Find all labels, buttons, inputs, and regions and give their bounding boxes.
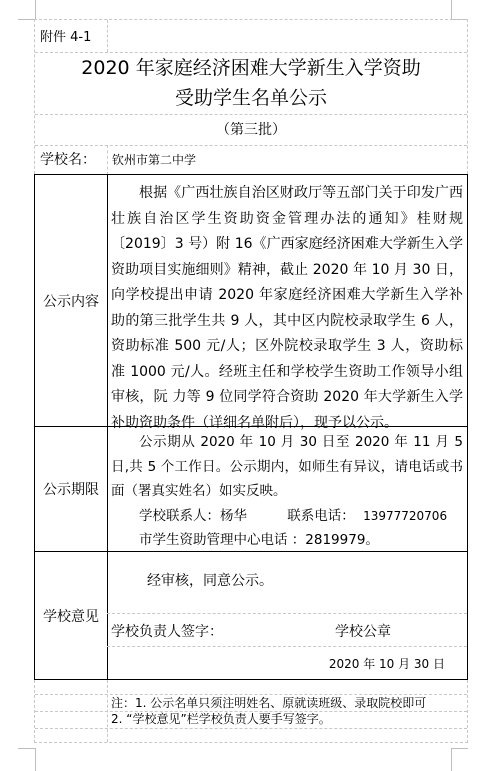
crop-mark-bottom-right-h [451,748,468,749]
header-grid: 附件 4-1 2020 年家庭经济困难大学新生入学资助 受助学生名单公示 （第三… [34,19,468,174]
period-section: 公示期限 公示期从 2020 年 10 月 30 日至 2020 年 11 月 … [34,426,468,552]
batch-subtitle: （第三批） [35,115,467,145]
content-text: 根据《广西壮族自治区财政厅等五部门关于印发广西壮族自治区学生资助资金管理办法的通… [107,181,467,436]
page-title-line-2: 受助学生名单公示 [35,83,467,113]
contact-phone-label: 联系电话： [287,508,355,524]
content-section-body: 根据《广西壮族自治区财政厅等五部门关于印发广西壮族自治区学生资助资金管理办法的通… [107,175,467,426]
signature-label: 学校负责人签字： [111,616,223,648]
period-section-body: 公示期从 2020 年 10 月 30 日至 2020 年 11 月 5 日,共… [107,426,467,551]
crop-mark-top-right-v [451,0,452,20]
crop-mark-top-left-v [35,0,36,20]
period-section-label: 公示期限 [35,426,108,551]
period-text: 公示期从 2020 年 10 月 30 日至 2020 年 11 月 5 日,共… [107,430,467,504]
page-title: 2020 年家庭经济困难大学新生入学资助 受助学生名单公示 [35,53,467,114]
page-title-line-1: 2020 年家庭经济困难大学新生入学资助 [35,53,467,83]
opinion-section-body: 经审核，同意公示。 学校负责人签字： 学校公章 2020 年 10 月 30 日 [107,552,467,679]
content-section: 公示内容 根据《广西壮族自治区财政厅等五部门关于印发广西壮族自治区学生资助资金管… [34,174,468,427]
notes-grid: 注：1. 公示名单只须注明姓名、原就读班级、录取院校即可 2. “学校意见”栏学… [34,680,468,743]
crop-mark-bottom-left-h [18,748,35,749]
contact-phone-value: 13977720706 [363,509,447,523]
crop-mark-bottom-right-v [451,748,452,771]
contact-line: 学校联系人：杨华 联系电话： 13977720706 [107,504,467,529]
opinion-text: 经审核，同意公示。 [147,570,273,590]
note-line-1: 注：1. 公示名单只须注明姓名、原就读班级、录取院校即可 [111,695,426,711]
school-contact: 学校联系人：杨华 [139,508,247,524]
opinion-section-label: 学校意见 [35,552,108,679]
center-phone: 市学生资助管理中心电话 ：2819979。 [107,529,467,551]
school-name-label: 学校名： [40,146,96,175]
opinion-section: 学校意见 经审核，同意公示。 学校负责人签字： 学校公章 2020 年 10 月… [34,551,468,680]
crop-mark-bottom-left-v [35,748,36,771]
opinion-date: 2020 年 10 月 30 日 [329,649,445,679]
content-section-label: 公示内容 [35,175,108,426]
seal-label: 学校公章 [335,616,391,648]
crop-mark-top-left-h [18,19,35,20]
school-name-value: 钦州市第二中学 [112,146,196,175]
attachment-label: 附件 4-1 [40,26,91,45]
note-line-2: 2. “学校意见”栏学校负责人要手写签字。 [111,711,331,727]
